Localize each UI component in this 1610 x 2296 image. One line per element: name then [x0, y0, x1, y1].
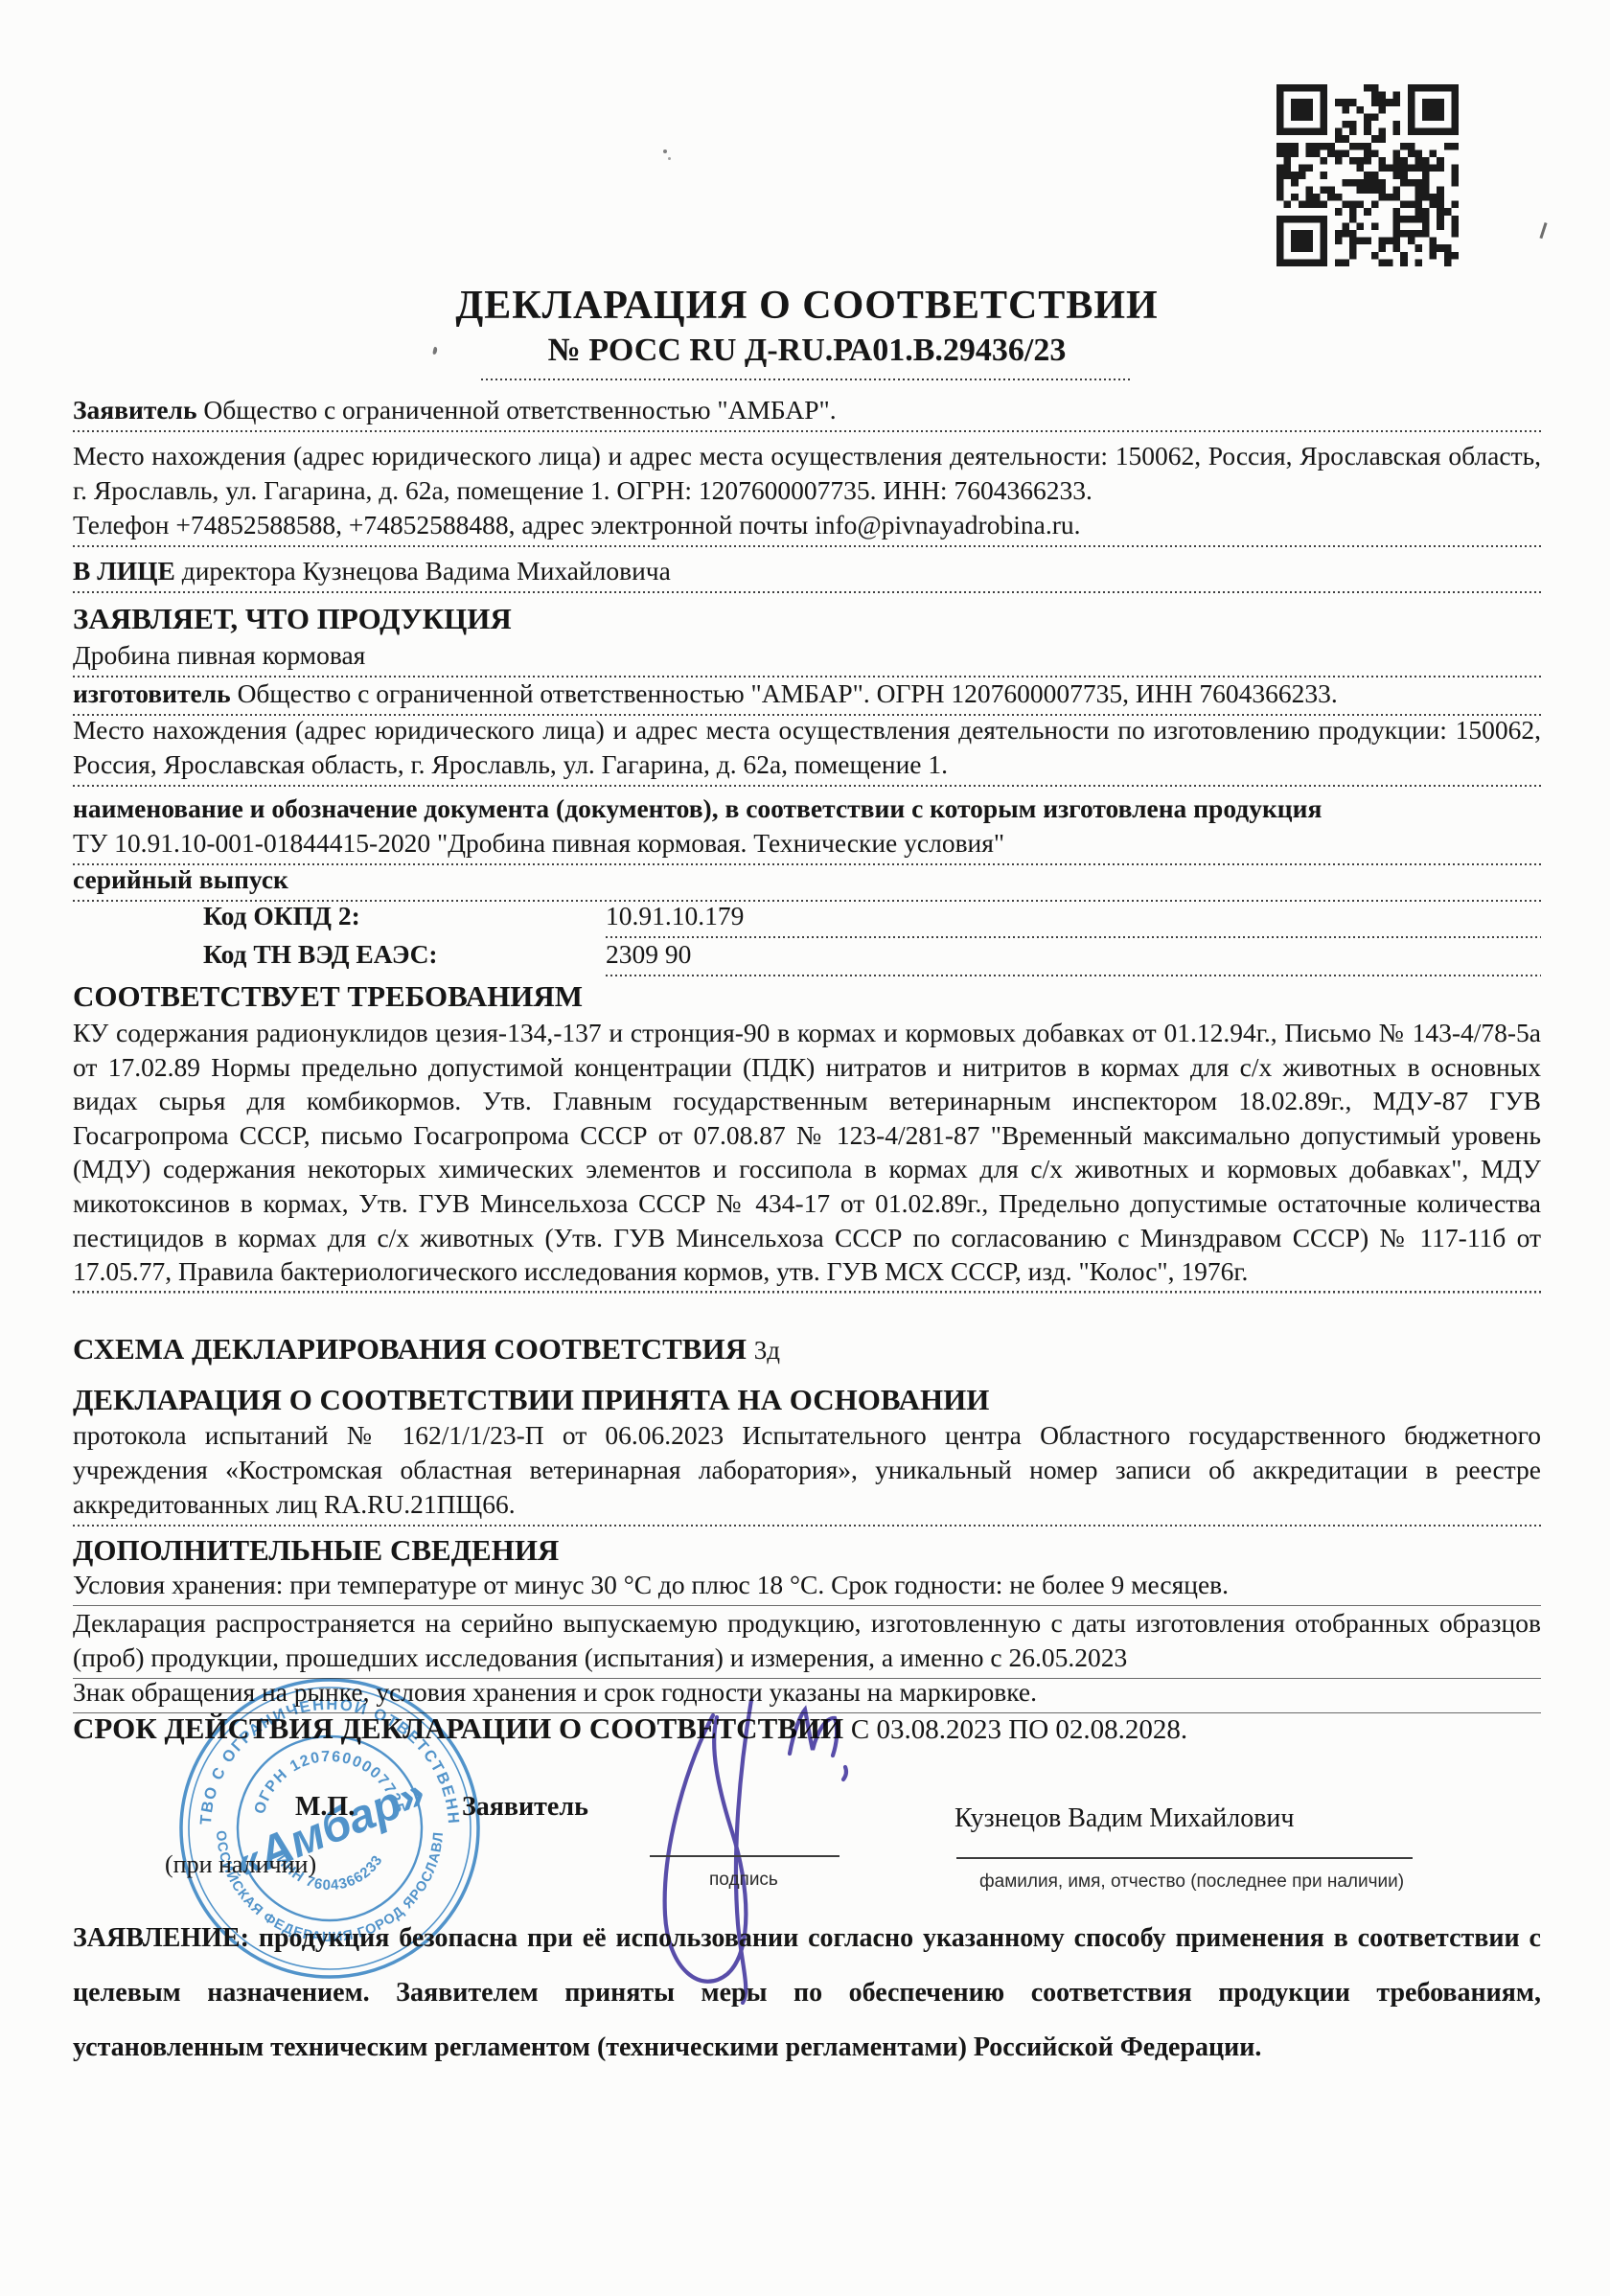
scan-artifact: [668, 157, 671, 160]
applicant-row: Заявитель Общество с ограниченной ответс…: [73, 393, 1541, 432]
in-person-text: директора Кузнецова Вадима Михайловича: [182, 556, 671, 585]
document-title-block: ДЕКЛАРАЦИЯ О СООТВЕТСТВИИ № РОСС RU Д-RU…: [73, 284, 1541, 380]
validity-dates: С 03.08.2023 ПО 02.08.2028.: [851, 1714, 1187, 1745]
mp-note: (при наличии): [165, 1848, 316, 1882]
statement-paragraph: ЗАЯВЛЕНИЕ: продукция безопасна при её ис…: [73, 1911, 1541, 2075]
declaration-document-page: { "header": { "title": "ДЕКЛАРАЦИЯ О СОО…: [0, 0, 1610, 2296]
code-okpd-row: Код ОКПД 2: 10.91.10.179: [73, 899, 1541, 938]
page-title: ДЕКЛАРАЦИЯ О СООТВЕТСТВИИ: [73, 284, 1541, 328]
manufacturer-row: изготовитель Общество с ограниченной отв…: [73, 677, 1541, 716]
additional-heading: ДОПОЛНИТЕЛЬНЫЕ СВЕДЕНИЯ: [73, 1533, 1541, 1568]
declares-heading: ЗАЯВЛЯЕТ, ЧТО ПРОДУКЦИЯ: [73, 602, 1541, 636]
scheme-row: СХЕМА ДЕКЛАРИРОВАНИЯ СООТВЕТСТВИЯ 3д: [73, 1332, 1541, 1367]
signature-caption: подпись: [709, 1863, 778, 1897]
applicant-name: Общество с ограниченной ответственностью…: [203, 395, 836, 425]
compliance-text: КУ содержания радионуклидов цезия-134,-1…: [73, 1016, 1541, 1294]
code-okpd-label: Код ОКПД 2:: [203, 899, 606, 933]
applicant-phone: Телефон +74852588588, +74852588488, адре…: [73, 508, 1541, 547]
applicant-sign-label: Заявитель: [462, 1790, 588, 1825]
dotted-rule: [481, 378, 1133, 380]
code-tnved-value: 2309 90: [606, 937, 1541, 976]
in-person-row: В ЛИЦЕ директора Кузнецова Вадима Михайл…: [73, 554, 1541, 593]
manufacturer-label: изготовитель: [73, 678, 238, 708]
doc-value: ТУ 10.91.10-001-01844415-2020 "Дробина п…: [73, 826, 1541, 865]
qr-code-image: [1276, 84, 1459, 266]
code-okpd-value: 10.91.10.179: [606, 899, 1541, 938]
compliance-heading: СООТВЕТСТВУЕТ ТРЕБОВАНИЯМ: [73, 979, 1541, 1014]
product-name: Дробина пивная кормовая: [73, 638, 1541, 677]
name-line: [956, 1857, 1413, 1859]
statement-text: продукция безопасна при её использовании…: [73, 1923, 1541, 2062]
applicant-label: Заявитель: [73, 395, 203, 425]
signatory-name: Кузнецов Вадим Михайлович: [954, 1802, 1294, 1836]
scan-artifact: [663, 149, 667, 153]
statement-label: ЗАЯВЛЕНИЕ:: [73, 1923, 259, 1953]
basis-heading: ДЕКЛАРАЦИЯ О СООТВЕТСТВИИ ПРИНЯТА НА ОСН…: [73, 1383, 1541, 1417]
doc-heading: наименование и обозначение документа (до…: [73, 792, 1541, 826]
in-person-label: В ЛИЦЕ: [73, 556, 182, 585]
scheme-value: 3д: [754, 1336, 780, 1365]
manufacturer-address: Место нахождения (адрес юридического лиц…: [73, 713, 1541, 787]
signature-line: [650, 1855, 839, 1857]
scan-artifact: [1539, 222, 1547, 239]
manufacturer-text: Общество с ограниченной ответственностью…: [238, 678, 1338, 708]
code-tnved-row: Код ТН ВЭД ЕАЭС: 2309 90: [73, 937, 1541, 976]
serial-release: серийный выпуск: [73, 862, 1541, 902]
applicant-address: Место нахождения (адрес юридического лиц…: [73, 439, 1541, 508]
mp-label: М.П.: [295, 1790, 355, 1825]
name-caption: фамилия, имя, отчество (последнее при на…: [979, 1865, 1404, 1899]
scheme-label: СХЕМА ДЕКЛАРИРОВАНИЯ СООТВЕТСТВИЯ: [73, 1332, 754, 1366]
code-tnved-label: Код ТН ВЭД ЕАЭС:: [203, 937, 606, 972]
additional-line1: Условия хранения: при температуре от мин…: [73, 1568, 1541, 1606]
basis-text: протокола испытаний № 162/1/1/23-П от 06…: [73, 1418, 1541, 1527]
declaration-number: № РОСС RU Д-RU.РА01.В.29436/23: [73, 332, 1541, 370]
